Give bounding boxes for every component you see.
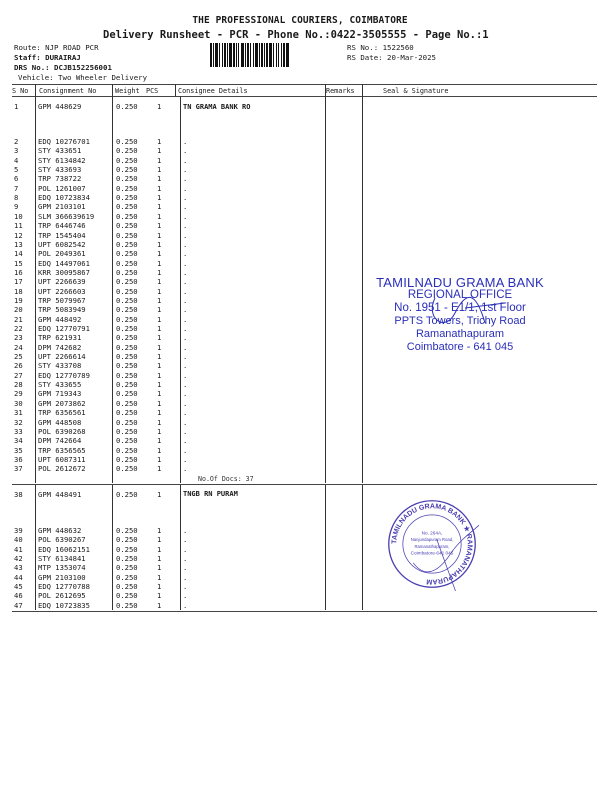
- sno-cell: 18: [14, 287, 23, 296]
- consignment-cell: EDQ 12770789: [38, 371, 90, 380]
- consignee-detail-cell: .: [183, 563, 187, 572]
- pcs-cell: 1: [157, 277, 161, 286]
- weight-cell: 0.250: [116, 361, 138, 370]
- weight-cell: 0.250: [116, 146, 138, 155]
- consignee-detail-cell: .: [183, 305, 187, 314]
- pcs-cell: 1: [157, 352, 161, 361]
- consignee-detail-cell: .: [183, 296, 187, 305]
- consignee-detail-cell: .: [183, 455, 187, 464]
- consignee-detail-cell: .: [183, 202, 187, 211]
- weight-cell: 0.250: [116, 601, 138, 610]
- col-divider: [362, 84, 363, 96]
- sno-cell: 2: [14, 137, 18, 146]
- sno-cell: 26: [14, 361, 23, 370]
- pcs-cell: 1: [157, 591, 161, 600]
- sno-cell: 1: [14, 102, 18, 111]
- consignment-cell: GPM 2103100: [38, 573, 86, 582]
- consignment-cell: TRP 738722: [38, 174, 81, 183]
- consignee-detail-cell: .: [183, 436, 187, 445]
- consignment-cell: TRP 6356561: [38, 408, 86, 417]
- sno-cell: 7: [14, 184, 18, 193]
- weight-cell: 0.250: [116, 212, 138, 221]
- pcs-cell: 1: [157, 102, 161, 111]
- table-bottom-border: [12, 611, 597, 612]
- weight-cell: 0.250: [116, 352, 138, 361]
- sno-cell: 43: [14, 563, 23, 572]
- route-label: Route: NJP ROAD PCR: [14, 43, 99, 52]
- weight-cell: 0.250: [116, 333, 138, 342]
- consignment-cell: EDQ 14497061: [38, 259, 90, 268]
- sno-cell: 29: [14, 389, 23, 398]
- sno-cell: 41: [14, 545, 23, 554]
- consignment-cell: TRP 5079967: [38, 296, 86, 305]
- sno-cell: 5: [14, 165, 18, 174]
- pcs-cell: 1: [157, 156, 161, 165]
- consignment-cell: GPM 448629: [38, 102, 81, 111]
- weight-cell: 0.250: [116, 165, 138, 174]
- col-divider: [325, 485, 326, 610]
- sno-cell: 25: [14, 352, 23, 361]
- weight-cell: 0.250: [116, 296, 138, 305]
- docs-count: No.Of Docs: 37: [198, 475, 254, 483]
- pcs-cell: 1: [157, 464, 161, 473]
- weight-cell: 0.250: [116, 305, 138, 314]
- consignee-detail-cell: .: [183, 184, 187, 193]
- col-divider: [180, 485, 181, 610]
- consignee-detail-cell: .: [183, 231, 187, 240]
- consignee-detail-cell: .: [183, 343, 187, 352]
- weight-cell: 0.250: [116, 554, 138, 563]
- consignment-cell: STY 6134841: [38, 554, 86, 563]
- pcs-cell: 1: [157, 202, 161, 211]
- weight-cell: 0.250: [116, 156, 138, 165]
- runsheet-subtitle: Delivery Runsheet - PCR - Phone No.:0422…: [103, 29, 489, 41]
- vehicle-label: Vehicle: Two Wheeler Delivery: [18, 73, 147, 82]
- sno-cell: 17: [14, 277, 23, 286]
- consignee-detail-cell: .: [183, 212, 187, 221]
- consignment-cell: KRR 30095867: [38, 268, 90, 277]
- col-header-consignee: Consignee Details: [178, 87, 248, 95]
- consignee-detail-cell: .: [183, 389, 187, 398]
- col-divider: [35, 96, 36, 483]
- consignee-detail-cell: .: [183, 582, 187, 591]
- consignee-detail-cell: .: [183, 601, 187, 610]
- pcs-cell: 1: [157, 296, 161, 305]
- consignment-cell: EDQ 10723835: [38, 601, 90, 610]
- pcs-cell: 1: [157, 305, 161, 314]
- svg-text:Ramanathapuram,: Ramanathapuram,: [415, 544, 450, 549]
- pcs-cell: 1: [157, 184, 161, 193]
- weight-cell: 0.250: [116, 287, 138, 296]
- weight-cell: 0.250: [116, 343, 138, 352]
- consignment-cell: POL 2049361: [38, 249, 86, 258]
- weight-cell: 0.250: [116, 427, 138, 436]
- consignment-cell: POL 2612695: [38, 591, 86, 600]
- weight-cell: 0.250: [116, 193, 138, 202]
- weight-cell: 0.250: [116, 277, 138, 286]
- consignee-name: TNGB RN PURAM: [183, 490, 238, 498]
- col-divider: [112, 84, 113, 96]
- consignee-detail-cell: .: [183, 380, 187, 389]
- consignee-detail-cell: .: [183, 146, 187, 155]
- col-divider: [325, 96, 326, 483]
- sno-cell: 31: [14, 408, 23, 417]
- weight-cell: 0.250: [116, 137, 138, 146]
- consignee-detail-cell: .: [183, 193, 187, 202]
- sno-cell: 38: [14, 490, 23, 499]
- pcs-cell: 1: [157, 259, 161, 268]
- consignment-cell: TRP 6356565: [38, 446, 86, 455]
- weight-cell: 0.250: [116, 268, 138, 277]
- svg-text:Coimbatore-641 045: Coimbatore-641 045: [411, 550, 454, 555]
- pcs-cell: 1: [157, 573, 161, 582]
- sno-cell: 11: [14, 221, 23, 230]
- consignment-cell: STY 433651: [38, 146, 81, 155]
- rs-date: RS Date: 20-Mar-2025: [347, 53, 436, 62]
- consignee-detail-cell: .: [183, 408, 187, 417]
- pcs-cell: 1: [157, 427, 161, 436]
- consignment-cell: STY 433693: [38, 165, 81, 174]
- col-divider: [180, 96, 181, 483]
- table-header-bottom-border: [12, 96, 597, 97]
- weight-cell: 0.250: [116, 174, 138, 183]
- consignee-detail-cell: .: [183, 361, 187, 370]
- consignee-detail-cell: .: [183, 399, 187, 408]
- pcs-cell: 1: [157, 174, 161, 183]
- consignment-cell: EDQ 16062151: [38, 545, 90, 554]
- consignment-cell: GPM 2073862: [38, 399, 86, 408]
- rs-number: RS No.: 1522560: [347, 43, 414, 52]
- sno-cell: 35: [14, 446, 23, 455]
- sno-cell: 6: [14, 174, 18, 183]
- signature-scribble-icon: [395, 278, 535, 348]
- consignment-cell: UPT 2266639: [38, 277, 86, 286]
- consignee-detail-cell: .: [183, 259, 187, 268]
- consignment-cell: GPM 448508: [38, 418, 81, 427]
- consignment-cell: STY 433655: [38, 380, 81, 389]
- consignment-cell: GPM 448492: [38, 315, 81, 324]
- consignment-cell: DPM 742682: [38, 343, 81, 352]
- weight-cell: 0.250: [116, 535, 138, 544]
- weight-cell: 0.250: [116, 464, 138, 473]
- pcs-cell: 1: [157, 582, 161, 591]
- pcs-cell: 1: [157, 545, 161, 554]
- consignee-detail-cell: .: [183, 352, 187, 361]
- consignment-cell: EDQ 12770791: [38, 324, 90, 333]
- svg-text:No. 264A,: No. 264A,: [422, 531, 443, 536]
- sno-cell: 39: [14, 526, 23, 535]
- pcs-cell: 1: [157, 455, 161, 464]
- consignment-cell: UPT 6087311: [38, 455, 86, 464]
- sno-cell: 19: [14, 296, 23, 305]
- sno-cell: 27: [14, 371, 23, 380]
- col-header-pcs: PCS: [146, 87, 158, 95]
- pcs-cell: 1: [157, 231, 161, 240]
- sno-cell: 22: [14, 324, 23, 333]
- weight-cell: 0.250: [116, 184, 138, 193]
- col-divider: [112, 96, 113, 483]
- pcs-cell: 1: [157, 446, 161, 455]
- sno-cell: 21: [14, 315, 23, 324]
- drs-number: DRS No.: DCJB152256001: [14, 63, 112, 72]
- sno-cell: 15: [14, 259, 23, 268]
- sno-cell: 9: [14, 202, 18, 211]
- weight-cell: 0.250: [116, 446, 138, 455]
- table-top-border: [12, 84, 597, 85]
- pcs-cell: 1: [157, 343, 161, 352]
- sno-cell: 20: [14, 305, 23, 314]
- consignment-cell: GPM 719343: [38, 389, 81, 398]
- weight-cell: 0.250: [116, 231, 138, 240]
- weight-cell: 0.250: [116, 591, 138, 600]
- consignment-cell: POL 6390267: [38, 535, 86, 544]
- weight-cell: 0.250: [116, 563, 138, 572]
- consignee-detail-cell: .: [183, 277, 187, 286]
- weight-cell: 0.250: [116, 324, 138, 333]
- consignment-cell: EDQ 10276701: [38, 137, 90, 146]
- barcode-icon: [210, 43, 325, 67]
- consignment-cell: TRP 5083949: [38, 305, 86, 314]
- consignment-cell: UPT 2266603: [38, 287, 86, 296]
- sno-cell: 8: [14, 193, 18, 202]
- consignment-cell: DPM 742664: [38, 436, 81, 445]
- consignment-cell: TRP 1545404: [38, 231, 86, 240]
- consignee-detail-cell: .: [183, 545, 187, 554]
- weight-cell: 0.250: [116, 399, 138, 408]
- consignment-cell: MTP 1353074: [38, 563, 86, 572]
- pcs-cell: 1: [157, 490, 161, 499]
- sno-cell: 16: [14, 268, 23, 277]
- consignee-detail-cell: .: [183, 174, 187, 183]
- sno-cell: 13: [14, 240, 23, 249]
- consignee-detail-cell: .: [183, 268, 187, 277]
- consignee-detail-cell: .: [183, 535, 187, 544]
- pcs-cell: 1: [157, 389, 161, 398]
- sno-cell: 42: [14, 554, 23, 563]
- sno-cell: 36: [14, 455, 23, 464]
- sno-cell: 28: [14, 380, 23, 389]
- pcs-cell: 1: [157, 601, 161, 610]
- consignee-detail-cell: .: [183, 554, 187, 563]
- pcs-cell: 1: [157, 554, 161, 563]
- weight-cell: 0.250: [116, 418, 138, 427]
- consignee-detail-cell: .: [183, 324, 187, 333]
- sno-cell: 12: [14, 231, 23, 240]
- consignee-detail-cell: .: [183, 371, 187, 380]
- consignee-name: TN GRAMA BANK RO: [183, 103, 250, 111]
- pcs-cell: 1: [157, 380, 161, 389]
- pcs-cell: 1: [157, 165, 161, 174]
- weight-cell: 0.250: [116, 436, 138, 445]
- col-header-seal: Seal & Signature: [383, 87, 448, 95]
- sno-cell: 3: [14, 146, 18, 155]
- weight-cell: 0.250: [116, 545, 138, 554]
- weight-cell: 0.250: [116, 490, 138, 499]
- pcs-cell: 1: [157, 371, 161, 380]
- col-divider: [362, 485, 363, 610]
- consignment-cell: POL 6390268: [38, 427, 86, 436]
- consignee-detail-cell: .: [183, 591, 187, 600]
- pcs-cell: 1: [157, 418, 161, 427]
- pcs-cell: 1: [157, 287, 161, 296]
- consignment-cell: STY 433708: [38, 361, 81, 370]
- svg-text:Nanjundapuram Road,: Nanjundapuram Road,: [411, 537, 453, 542]
- consignee-detail-cell: .: [183, 287, 187, 296]
- col-divider: [325, 84, 326, 96]
- pcs-cell: 1: [157, 436, 161, 445]
- company-title: THE PROFESSIONAL COURIERS, COIMBATORE: [0, 15, 600, 26]
- col-divider: [35, 84, 36, 96]
- sno-cell: 32: [14, 418, 23, 427]
- consignment-cell: POL 2612672: [38, 464, 86, 473]
- consignee-detail-cell: .: [183, 464, 187, 473]
- sno-cell: 34: [14, 436, 23, 445]
- consignee-detail-cell: .: [183, 333, 187, 342]
- sno-cell: 46: [14, 591, 23, 600]
- consignee-detail-cell: .: [183, 418, 187, 427]
- col-divider: [175, 84, 176, 96]
- weight-cell: 0.250: [116, 408, 138, 417]
- pcs-cell: 1: [157, 333, 161, 342]
- weight-cell: 0.250: [116, 389, 138, 398]
- consignee-detail-cell: .: [183, 221, 187, 230]
- weight-cell: 0.250: [116, 315, 138, 324]
- staff-label: Staff: DURAIRAJ: [14, 53, 81, 62]
- col-divider: [112, 485, 113, 610]
- col-header-consignment: Consignment No: [39, 87, 96, 95]
- consignment-cell: UPT 2266614: [38, 352, 86, 361]
- consignment-cell: POL 1261007: [38, 184, 86, 193]
- consignment-cell: TRP 621931: [38, 333, 81, 342]
- sno-cell: 4: [14, 156, 18, 165]
- weight-cell: 0.250: [116, 526, 138, 535]
- pcs-cell: 1: [157, 399, 161, 408]
- pcs-cell: 1: [157, 221, 161, 230]
- pcs-cell: 1: [157, 193, 161, 202]
- pcs-cell: 1: [157, 146, 161, 155]
- consignment-cell: EDQ 10723834: [38, 193, 90, 202]
- weight-cell: 0.250: [116, 455, 138, 464]
- weight-cell: 0.250: [116, 202, 138, 211]
- sno-cell: 10: [14, 212, 23, 221]
- pcs-cell: 1: [157, 324, 161, 333]
- pcs-cell: 1: [157, 535, 161, 544]
- pcs-cell: 1: [157, 268, 161, 277]
- sno-cell: 44: [14, 573, 23, 582]
- weight-cell: 0.250: [116, 240, 138, 249]
- sno-cell: 40: [14, 535, 23, 544]
- consignee-detail-cell: .: [183, 137, 187, 146]
- consignee-detail-cell: .: [183, 249, 187, 258]
- col-divider: [35, 485, 36, 610]
- consignment-cell: GPM 2103101: [38, 202, 86, 211]
- consignee-detail-cell: .: [183, 165, 187, 174]
- pcs-cell: 1: [157, 240, 161, 249]
- consignee-detail-cell: .: [183, 315, 187, 324]
- consignee-detail-cell: .: [183, 526, 187, 535]
- pcs-cell: 1: [157, 212, 161, 221]
- consignment-cell: GPM 448632: [38, 526, 81, 535]
- weight-cell: 0.250: [116, 259, 138, 268]
- sno-cell: 23: [14, 333, 23, 342]
- sno-cell: 30: [14, 399, 23, 408]
- weight-cell: 0.250: [116, 371, 138, 380]
- consignment-cell: EDQ 12770788: [38, 582, 90, 591]
- weight-cell: 0.250: [116, 582, 138, 591]
- pcs-cell: 1: [157, 249, 161, 258]
- group-divider: [12, 484, 597, 485]
- weight-cell: 0.250: [116, 573, 138, 582]
- consignment-cell: STY 6134842: [38, 156, 86, 165]
- sno-cell: 14: [14, 249, 23, 258]
- pcs-cell: 1: [157, 361, 161, 370]
- weight-cell: 0.250: [116, 380, 138, 389]
- consignee-detail-cell: .: [183, 427, 187, 436]
- pcs-cell: 1: [157, 526, 161, 535]
- sno-cell: 45: [14, 582, 23, 591]
- col-header-weight: Weight: [115, 87, 140, 95]
- consignee-detail-cell: .: [183, 446, 187, 455]
- weight-cell: 0.250: [116, 221, 138, 230]
- sno-cell: 24: [14, 343, 23, 352]
- weight-cell: 0.250: [116, 102, 138, 111]
- consignee-detail-cell: .: [183, 156, 187, 165]
- sno-cell: 37: [14, 464, 23, 473]
- pcs-cell: 1: [157, 563, 161, 572]
- consignee-detail-cell: .: [183, 240, 187, 249]
- pcs-cell: 1: [157, 315, 161, 324]
- consignee-detail-cell: .: [183, 573, 187, 582]
- consignment-cell: TRP 6446746: [38, 221, 86, 230]
- consignment-cell: GPM 448491: [38, 490, 81, 499]
- col-header-sno: S No: [12, 87, 28, 95]
- sno-cell: 33: [14, 427, 23, 436]
- consignment-cell: SLM 366639619: [38, 212, 94, 221]
- pcs-cell: 1: [157, 408, 161, 417]
- consignment-cell: UPT 6082542: [38, 240, 86, 249]
- weight-cell: 0.250: [116, 249, 138, 258]
- col-header-remarks: Remarks: [326, 87, 355, 95]
- pcs-cell: 1: [157, 137, 161, 146]
- branch-round-seal: TAMILNADU GRAMA BANK ★ RAMANATHAPURAM No…: [385, 497, 479, 591]
- sno-cell: 47: [14, 601, 23, 610]
